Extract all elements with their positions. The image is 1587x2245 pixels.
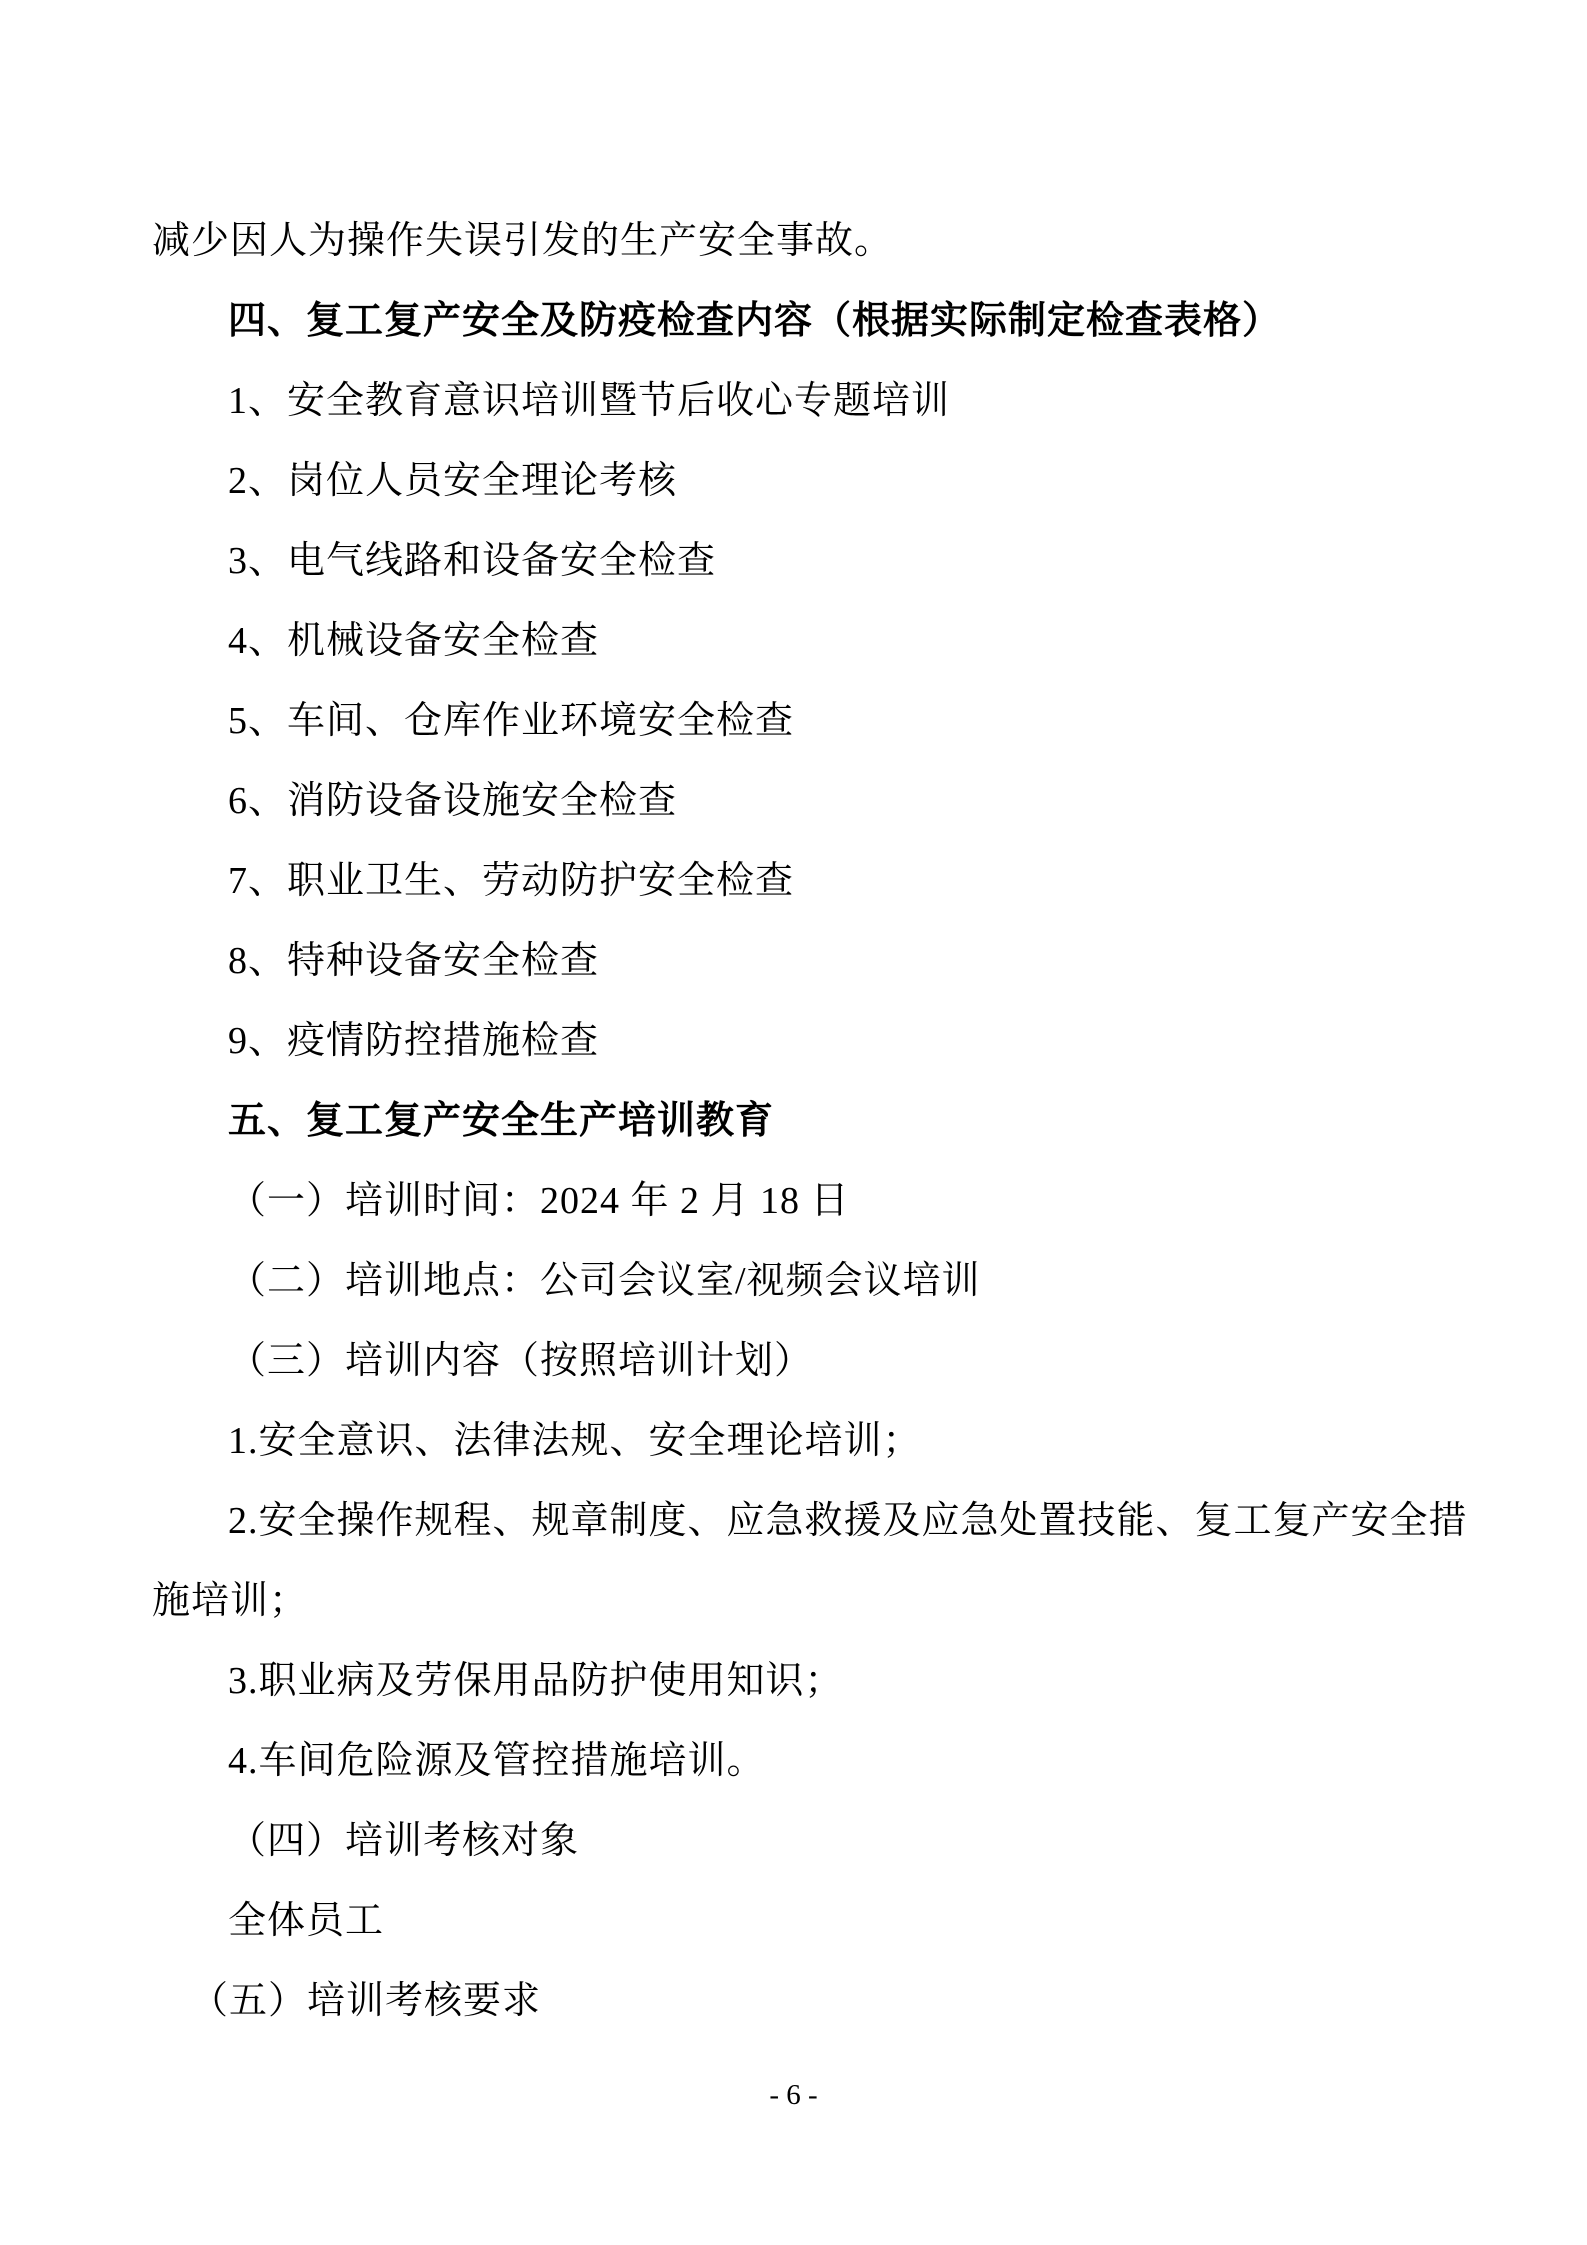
text-line: 5、车间、仓库作业环境安全检查 (152, 681, 1442, 761)
text-line: （三）培训内容（按照培训计划） (152, 1321, 1442, 1401)
text-line: 1、安全教育意识培训暨节后收心专题培训 (152, 361, 1442, 441)
text-line: 1.安全意识、法律法规、安全理论培训； (152, 1401, 1442, 1481)
text-line: （二）培训地点：公司会议室/视频会议培训 (152, 1241, 1442, 1321)
text-line: 3、电气线路和设备安全检查 (152, 521, 1442, 601)
heading-line: 五、复工复产安全生产培训教育 (152, 1081, 1442, 1161)
page-footer: - 6 - (0, 2078, 1587, 2112)
text-line: 7、职业卫生、劳动防护安全检查 (152, 841, 1442, 921)
text-line: 4.车间危险源及管控措施培训。 (152, 1721, 1442, 1801)
document-body: 减少因人为操作失误引发的生产安全事故。四、复工复产安全及防疫检查内容（根据实际制… (152, 201, 1442, 2041)
text-line: 4、机械设备安全检查 (152, 601, 1442, 681)
text-line: 6、消防设备设施安全检查 (152, 761, 1442, 841)
text-line: 2.安全操作规程、规章制度、应急救援及应急处置技能、复工复产安全措 (152, 1481, 1442, 1561)
text-line: 全体员工 (152, 1881, 1442, 1961)
page-number: - 6 - (769, 2079, 817, 2111)
text-line: 2、岗位人员安全理论考核 (152, 441, 1442, 521)
text-line: （一）培训时间：2024 年 2 月 18 日 (152, 1161, 1442, 1241)
text-line: （五）培训考核要求 (152, 1961, 1442, 2041)
text-line: （四）培训考核对象 (152, 1801, 1442, 1881)
text-line: 3.职业病及劳保用品防护使用知识； (152, 1641, 1442, 1721)
text-line: 9、疫情防控措施检查 (152, 1001, 1442, 1081)
heading-line: 四、复工复产安全及防疫检查内容（根据实际制定检查表格） (152, 281, 1442, 361)
document-page: 减少因人为操作失误引发的生产安全事故。四、复工复产安全及防疫检查内容（根据实际制… (0, 0, 1587, 2245)
text-line: 8、特种设备安全检查 (152, 921, 1442, 1001)
text-line: 减少因人为操作失误引发的生产安全事故。 (152, 201, 1442, 281)
text-line: 施培训； (152, 1561, 1442, 1641)
